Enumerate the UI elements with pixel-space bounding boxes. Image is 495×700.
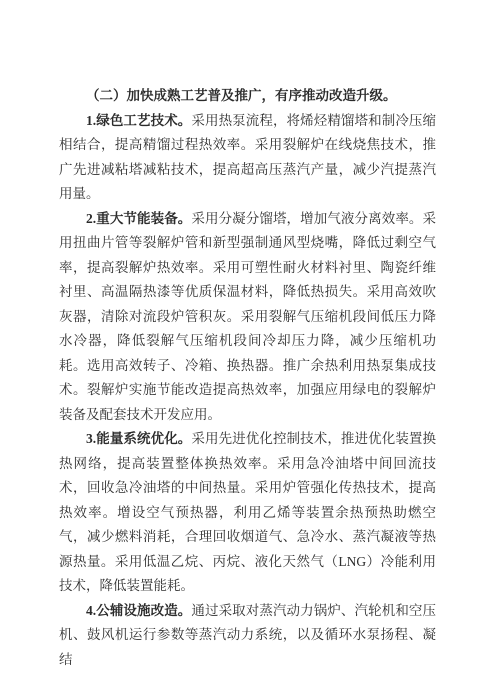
- document-text-block: （二）加快成熟工艺普及推广，有序推动改造升级。 1.绿色工艺技术。采用热泵流程，…: [59, 84, 436, 672]
- paragraph-energy-system-optimization: 3.能量系统优化。采用先进优化控制技术，推进优化装置换热网络，提高装置整体换热效…: [59, 427, 436, 599]
- paragraph-lead: 4.公辅设施改造。: [86, 603, 191, 618]
- paragraph-lead: 2.重大节能装备。: [86, 211, 191, 226]
- paragraph-body: 采用先进优化控制技术，推进优化装置换热网络，提高装置整体换热效率。采用急冷油塔中…: [59, 431, 436, 593]
- paragraph-lead: 3.能量系统优化。: [86, 431, 191, 446]
- document-page: （二）加快成熟工艺普及推广，有序推动改造升级。 1.绿色工艺技术。采用热泵流程，…: [0, 0, 495, 700]
- paragraph-lead: 1.绿色工艺技术。: [86, 113, 191, 128]
- paragraph-energy-saving-equipment: 2.重大节能装备。采用分凝分馏塔，增加气液分离效率。采用扭曲片管等裂解炉管和新型…: [59, 207, 436, 428]
- paragraph-utility-facilities: 4.公辅设施改造。通过采取对蒸汽动力锅炉、汽轮机和空压机、鼓风机运行参数等蒸汽动…: [59, 599, 436, 673]
- section-heading: （二）加快成熟工艺普及推广，有序推动改造升级。: [59, 84, 436, 109]
- paragraph-body: 采用分凝分馏塔，增加气液分离效率。采用扭曲片管等裂解炉管和新型强制通风型烧嘴，降…: [59, 211, 436, 422]
- paragraph-green-process: 1.绿色工艺技术。采用热泵流程，将烯烃精馏塔和制冷压缩相结合，提高精馏过程热效率…: [59, 109, 436, 207]
